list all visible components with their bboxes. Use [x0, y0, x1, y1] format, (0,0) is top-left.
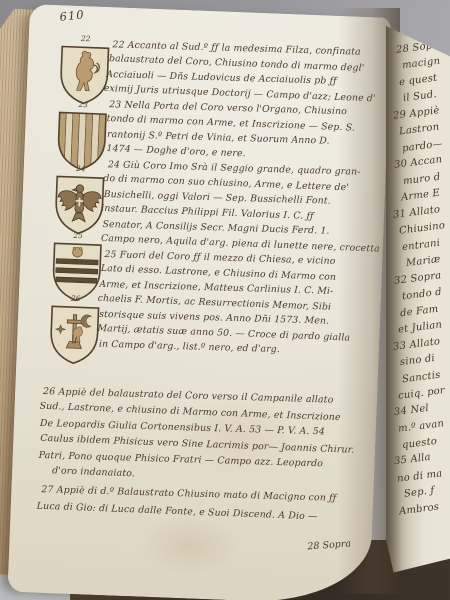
text-fragment: 34 Nel	[393, 403, 429, 418]
text-fragment: Arme E	[400, 188, 440, 204]
text-fragment: cuiq. por	[398, 385, 446, 402]
text-fragment: Sep. ƒ	[403, 485, 435, 500]
text-fragment: no di ma	[396, 468, 442, 484]
rampant-lion-icon	[56, 43, 112, 107]
text-fragment: 30 Accan	[394, 154, 443, 171]
text-fragment: macign	[401, 56, 440, 72]
manuscript-line: Luca di Gio: di Luca dalle Fonte, e Suoi…	[37, 502, 318, 522]
text-fragment: entrani	[401, 238, 440, 254]
shield-26-cross-star-crescent: 26	[46, 293, 103, 367]
eagle-displayed-icon	[51, 173, 107, 237]
text-fragment: 35 Alla	[393, 452, 431, 467]
shield-22-rampant-lion: 22	[56, 33, 113, 107]
manuscript-photo: 610 22 23	[0, 0, 450, 600]
page-number: 610	[59, 7, 85, 23]
text-fragment: e quest	[398, 73, 437, 89]
catchword: 28 Sopra	[307, 538, 351, 552]
text-fragment: 32 Sopra	[394, 270, 443, 287]
left-page: 610 22 23	[7, 4, 391, 600]
text-fragment: de Fam	[399, 304, 438, 320]
text-fragment: il Sud.	[402, 89, 437, 104]
manuscript-line: instaur. Baccius Philippi Fil. Valorius …	[101, 204, 314, 221]
text-fragment: Mariæ	[405, 254, 441, 269]
text-fragment: Chiusino	[399, 220, 446, 237]
text-fragment: muro d	[402, 172, 441, 187]
cross-star-crescent-lion-icon	[46, 303, 102, 367]
shield-24-eagle: 24	[51, 163, 108, 237]
text-fragment: Lastron	[398, 122, 439, 138]
text-fragment: 29 Appiè	[393, 105, 441, 122]
manuscript-line: in Campo d'arg., list.º nero, ed d'arg.	[99, 340, 280, 355]
text-fragment: questo	[401, 436, 437, 451]
text-fragment: 31 Allato	[393, 204, 441, 221]
text-fragment: tondo d	[401, 287, 442, 303]
text-fragment: sino di	[399, 353, 435, 368]
manuscript-line: 27 Appiè di d.º Balaustrato Chiusino mat…	[41, 485, 336, 503]
text-fragment: Sanctis	[401, 370, 441, 386]
manuscript-line: d'oro indanaiato.	[52, 466, 135, 479]
text-fragment: Ambros	[398, 502, 439, 518]
text-fragment: 28 Sopra	[396, 39, 445, 56]
manuscript-line: 1474 — Doghe d'oro, e nere.	[106, 144, 246, 159]
text-fragment: m.º avan	[398, 418, 445, 435]
text-fragment: 33 Allato	[393, 336, 441, 353]
text-fragment: pardo—	[401, 139, 443, 155]
shield-23-pales: 23	[54, 99, 111, 173]
text-fragment: et Julian	[397, 319, 442, 335]
right-page: 28 Sopra macign e quest il Sud. 29 Appiè…	[386, 26, 450, 578]
